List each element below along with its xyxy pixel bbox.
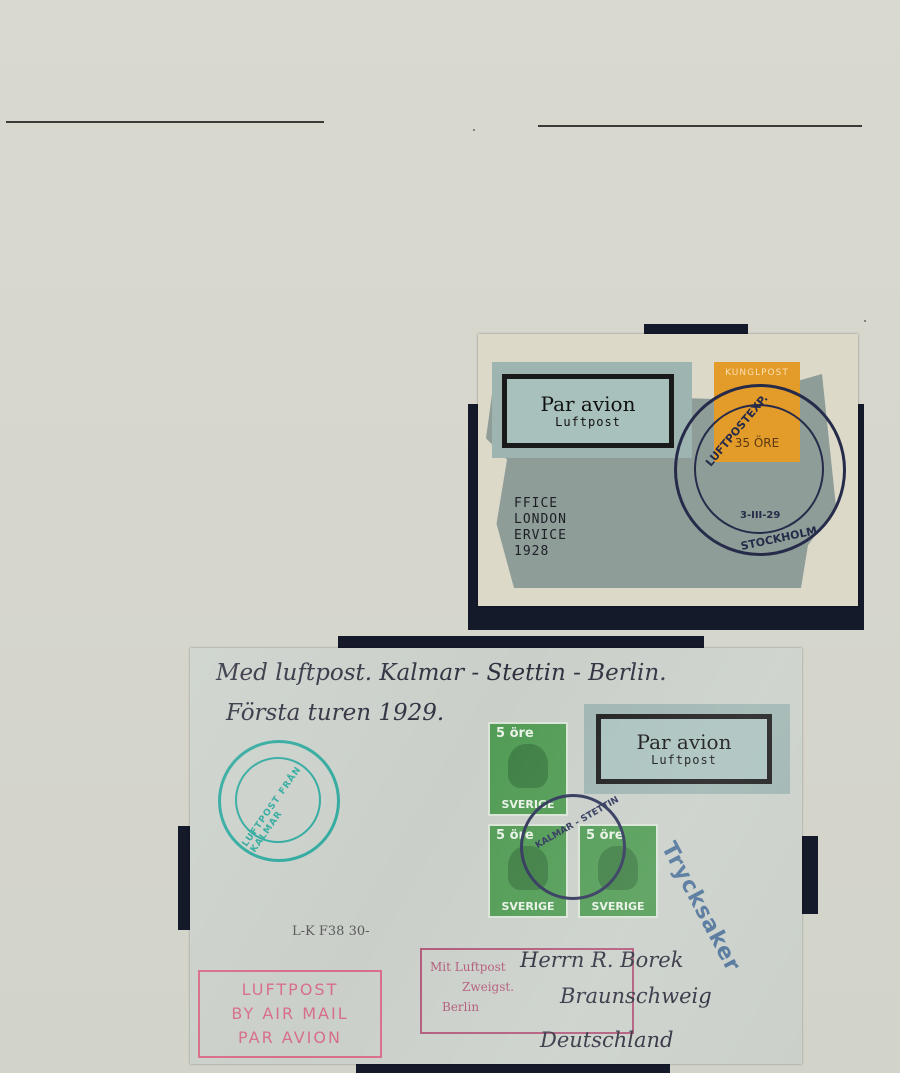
airmail-label: Par avion Luftpost: [492, 362, 692, 458]
slogan-line: FFICE: [514, 496, 567, 512]
protective-sleeve: [190, 648, 802, 1064]
stamp-country-text: KUNGLPOST: [714, 368, 800, 378]
album-rule-right: [538, 125, 862, 127]
airmail-cover: Med luftpost. Kalmar - Stettin - Berlin.…: [190, 648, 802, 1064]
upper-item-card: Par avion Luftpost KUNGLPOST 35 ÖRE LUFT…: [478, 334, 858, 606]
mount-corner-right: [800, 836, 818, 914]
slogan-line: ERVICE: [514, 528, 567, 544]
album-dot: [473, 129, 475, 131]
label-sub-text: Luftpost: [555, 415, 621, 429]
slogan-line: 1928: [514, 544, 567, 560]
album-rule-left: [6, 121, 324, 123]
slogan-line: LONDON: [514, 512, 567, 528]
label-main-text: Par avion: [541, 393, 636, 415]
postmark-date: 3-III-29: [740, 510, 780, 521]
album-dot: [864, 320, 866, 322]
slogan-cancel: FFICE LONDON ERVICE 1928: [514, 496, 567, 560]
